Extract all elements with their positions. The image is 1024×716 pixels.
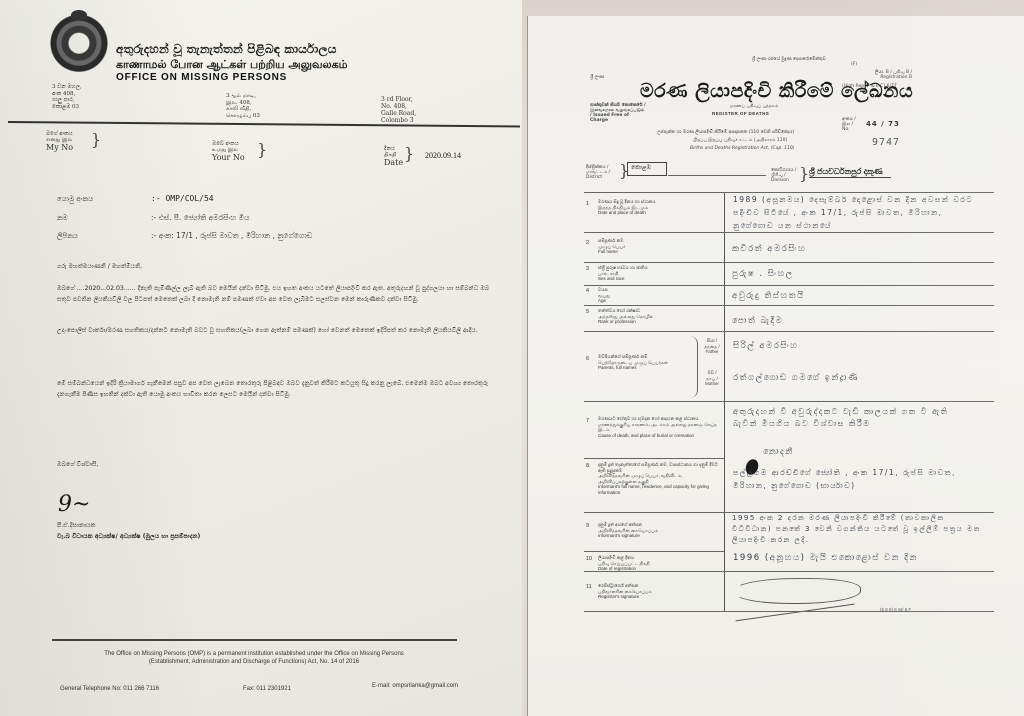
row-label-registrar-signature: රෙජිස්ට්‍රාර්ගේ අත්සන பதிவாளரின் கையொப்ப… bbox=[598, 583, 718, 600]
salutation: ගරු මහත්මයාණනි / මහත්මියනි, bbox=[57, 262, 497, 273]
parents-brace-icon bbox=[690, 336, 698, 398]
value-sex-race: පුරුෂ . සිංහල bbox=[732, 269, 794, 279]
address-value: :- අංක: 17/1 , රුප්සි මාවත , මිරිහාන , න… bbox=[151, 231, 312, 241]
row-divider bbox=[584, 262, 994, 263]
org-name-tamil: காணாமல் போன ஆட்கள் பற்றிய அலுவலகம் bbox=[116, 58, 348, 73]
row-label-sex-race: ස්ත්‍රී පුරුෂ භාවය හා ජාතිය பால், சாதி S… bbox=[598, 265, 718, 282]
value-mother-name: රත්ගල්ගොඩ ගමගේ ඉන්ද්‍රාණි bbox=[733, 373, 859, 383]
address-tamil: 3ஆம் மாடி, இல. 408, காலி வீதி, கொழும்பு … bbox=[226, 93, 260, 119]
value-father-name: සිරිල් අමරසිංහ bbox=[733, 341, 798, 351]
footer-fax: Fax: 011 2301921 bbox=[243, 686, 291, 692]
brace-icon: } bbox=[91, 132, 101, 148]
row-divider bbox=[584, 305, 994, 306]
row-number: 5 bbox=[586, 309, 589, 315]
org-name-sinhala: අතුරුදහන් වූ තැනැත්තන් පිළිබඳ කාර්යාලය bbox=[116, 42, 337, 57]
row-number: 3 bbox=[586, 266, 589, 272]
registrar-signature bbox=[733, 578, 861, 604]
value-cause-of-death: අතුරුදහන් වී අවුරුද්දකට වැඩි කාලයක් ගත ව… bbox=[733, 406, 963, 430]
address-label: ලිපිනය bbox=[57, 232, 78, 241]
row-divider bbox=[584, 331, 994, 332]
value-informant: පල්ලගම ආරච්චිගේ ජ්‍යෝති , අංක 17/1, රුප්… bbox=[733, 466, 963, 492]
district-label: දිස්ත්‍රික්කය / மாவட்டம் / District bbox=[586, 165, 616, 180]
emblem-crown-icon bbox=[71, 10, 87, 20]
brace-icon: } bbox=[799, 166, 809, 182]
register-title-sinhala: මරණ ලියාපදිංචි කිරීමේ ලේඛනය bbox=[640, 80, 913, 102]
register-no-handwritten: 9747 bbox=[872, 137, 900, 148]
value-burial-place: නොදනී bbox=[763, 447, 794, 457]
row-number: 1 bbox=[586, 201, 589, 207]
print-code: (6 8 8) 6 W/ 6 F bbox=[880, 607, 911, 612]
signatory-title: වැ.බ විධායක අධ්‍යක්ෂ/ අධ්‍යක්ෂ (මුලය හා … bbox=[57, 532, 357, 543]
form-code: (F) bbox=[851, 62, 857, 67]
row-number: 4 bbox=[586, 288, 589, 294]
footer-statement: The Office on Missing Persons (OMP) is a… bbox=[44, 650, 464, 666]
district-underline bbox=[668, 175, 766, 176]
register-title-english: REGISTER OF DEATHS bbox=[712, 111, 769, 116]
reference-no-label: යොමු අංකය bbox=[57, 195, 93, 204]
act-english: Births and Deaths Registration Act, (Cap… bbox=[690, 146, 795, 151]
register-no-fraction: 44 / 73 bbox=[866, 120, 900, 128]
form-column-divider bbox=[724, 193, 725, 611]
row-label-date-place-death: මරණය සිදු වූ දිනය හා ස්ථානය இறந்த திகதிய… bbox=[598, 199, 718, 216]
register-title-tamil: மரணப் பதிவுப் புத்தகம் bbox=[730, 104, 778, 109]
brace-icon: } bbox=[404, 146, 414, 162]
row-number: 6 bbox=[586, 356, 589, 362]
name-label: නම bbox=[57, 214, 68, 223]
row-divider bbox=[584, 551, 724, 552]
value-age: අවුරුදු තිස්හතයි bbox=[732, 291, 805, 301]
closing: ඔබගේ විශ්වාසී, bbox=[57, 460, 497, 471]
district-value-box: කොළඹ bbox=[627, 162, 667, 176]
row-number: 8 bbox=[586, 463, 589, 469]
row-label-informant-signature: දැනුම් දුන් අයගේ අත්සන அறிவித்தவரின் கைய… bbox=[598, 522, 718, 539]
mother-label: මව / தாய் / Mother bbox=[703, 370, 721, 387]
letter-date: 2020.09.14 bbox=[425, 151, 461, 160]
paragraph-examples: උදා-පොලිස් වාර්තා/මරණ සහතිකය/දන්නට නොමැත… bbox=[57, 326, 497, 337]
value-profession: පොත් බැදීම bbox=[732, 316, 783, 326]
register-no-label: අංකය / இல / No. bbox=[842, 117, 856, 132]
row-label-informant: දැනුම් දුන් තැනැත්තාගේ සම්පූර්ණ නම, වාසස… bbox=[598, 462, 718, 495]
act-tamil: பிறப்பு இறப்பு பதிவுச் சட்டம் (அதிகாரம் … bbox=[693, 138, 787, 143]
row-number: 10 bbox=[586, 556, 592, 562]
sri-lanka-emblem-icon bbox=[50, 12, 108, 72]
printer-note: ශ්‍රී ලංකා රජයේ මුද්‍රණ දෙපාර්තමේන්තුව bbox=[752, 57, 826, 62]
your-no-label: ඔබේ අංකය உமது இல Your No bbox=[212, 141, 245, 162]
row-divider bbox=[584, 611, 994, 612]
free-of-charge-note: ගාස්තුවක් නියම නොකෙරේ / இலவசமாக வழங்கப்ப… bbox=[590, 103, 646, 123]
name-value: :- එස්. පී. ජ්‍යෝති අමරසිංහ මිය bbox=[151, 213, 249, 223]
division-value: ශ්‍රී ජයවර්ධනපුර දකුණ bbox=[809, 167, 891, 178]
reference-no-value: :- OMP/COL/54 bbox=[151, 194, 214, 203]
row-divider bbox=[584, 401, 994, 402]
row-divider bbox=[584, 571, 994, 572]
row-number: 7 bbox=[586, 418, 589, 424]
paragraph-followup: මේ සම්බන්ධයෙන් ඉදිරි ක්‍රියාමාර්ග ගැනීමෙ… bbox=[57, 379, 497, 400]
date-label: දිනය திகதி Date bbox=[384, 146, 403, 167]
header-divider bbox=[8, 121, 520, 127]
row-divider bbox=[584, 285, 994, 286]
division-label: කොට්ඨාශය / பிரிவு / Division bbox=[771, 168, 801, 183]
row-divider bbox=[584, 232, 994, 233]
row-divider bbox=[584, 458, 724, 459]
registration-label: ලියා. B / பதிவு B / Registration B bbox=[860, 70, 912, 80]
footer-telephone: General Telephone No: 011 266 7116 bbox=[60, 686, 159, 692]
value-date-place-death: 1989 (අසූනමය) දෙසැම්බර් දොළොස් වන දින අව… bbox=[733, 193, 983, 232]
country-label: ශ්‍රී ලංකා bbox=[590, 75, 604, 80]
act-sinhala: උප්පැන්න හා මරණ ලියාපදිංචි කිරීමේ ආඥාපනත… bbox=[657, 130, 794, 135]
footer-email: E-mail: ompsrilanka@gmail.com bbox=[372, 683, 458, 689]
footer-divider bbox=[52, 639, 457, 641]
row-number: 9 bbox=[586, 523, 589, 529]
row-label-age: වයස வயது Age bbox=[598, 287, 718, 304]
address-english: 3 rd Floor, No. 408, Galle Road, Colombo… bbox=[381, 96, 416, 124]
father-label: පියා / தந்தை / Father bbox=[703, 338, 721, 355]
row-number: 11 bbox=[586, 584, 592, 590]
row-label-profession: තත්ත්වය හෝ රක්ෂාව அந்தஸ்து அல்லது தொழில்… bbox=[598, 308, 718, 325]
row-label-cause-of-death: මරණයට හේතුව හා භූමදාන හෝ ආදාහන කළ ස්ථානය… bbox=[598, 416, 718, 438]
row-label-registration-date: ලියාපදිංචි කළ දිනය பதிவு செய்யப்பட்ட திக… bbox=[598, 555, 718, 572]
row-label-parents: මව්පියන්ගේ සම්පූර්ණ නම් பெற்றோருடைய முழு… bbox=[598, 354, 688, 371]
brace-icon: } bbox=[257, 142, 267, 158]
signature-mark: 9~ bbox=[58, 492, 90, 517]
paragraph-acknowledgement: ඔබගේ ....2020...02.03...... දිනැති පැමිණ… bbox=[57, 284, 497, 305]
value-full-name: කවිරත් අමරසිංහ bbox=[732, 244, 806, 254]
signatory-name: පී.ඒ.දිසානායක bbox=[57, 521, 357, 532]
row-label-full-name: සම්පූර්ණ නම முழுப் பெயர் Full name bbox=[598, 238, 718, 255]
omp-letter-page: අතුරුදහන් වූ තැනැත්තන් පිළිබඳ කාර්යාලය க… bbox=[0, 0, 522, 716]
value-informant-signature: 1995 අංක 2 දරන මරණ ලියාපදිංචි කිරීමේ (තා… bbox=[732, 513, 982, 546]
org-name-english: OFFICE ON MISSING PERSONS bbox=[116, 72, 287, 83]
value-registration-date: 1996 (අනූහය) මැයි එකොළොස් වන දින bbox=[733, 553, 918, 563]
my-no-label: මගේ අංකය எனது இல My No bbox=[46, 131, 73, 152]
address-sinhala: 3 වන මහල, අංක 408, ගාලු පාර, කොළඹ 03 bbox=[52, 84, 82, 110]
row-number: 2 bbox=[586, 240, 589, 246]
